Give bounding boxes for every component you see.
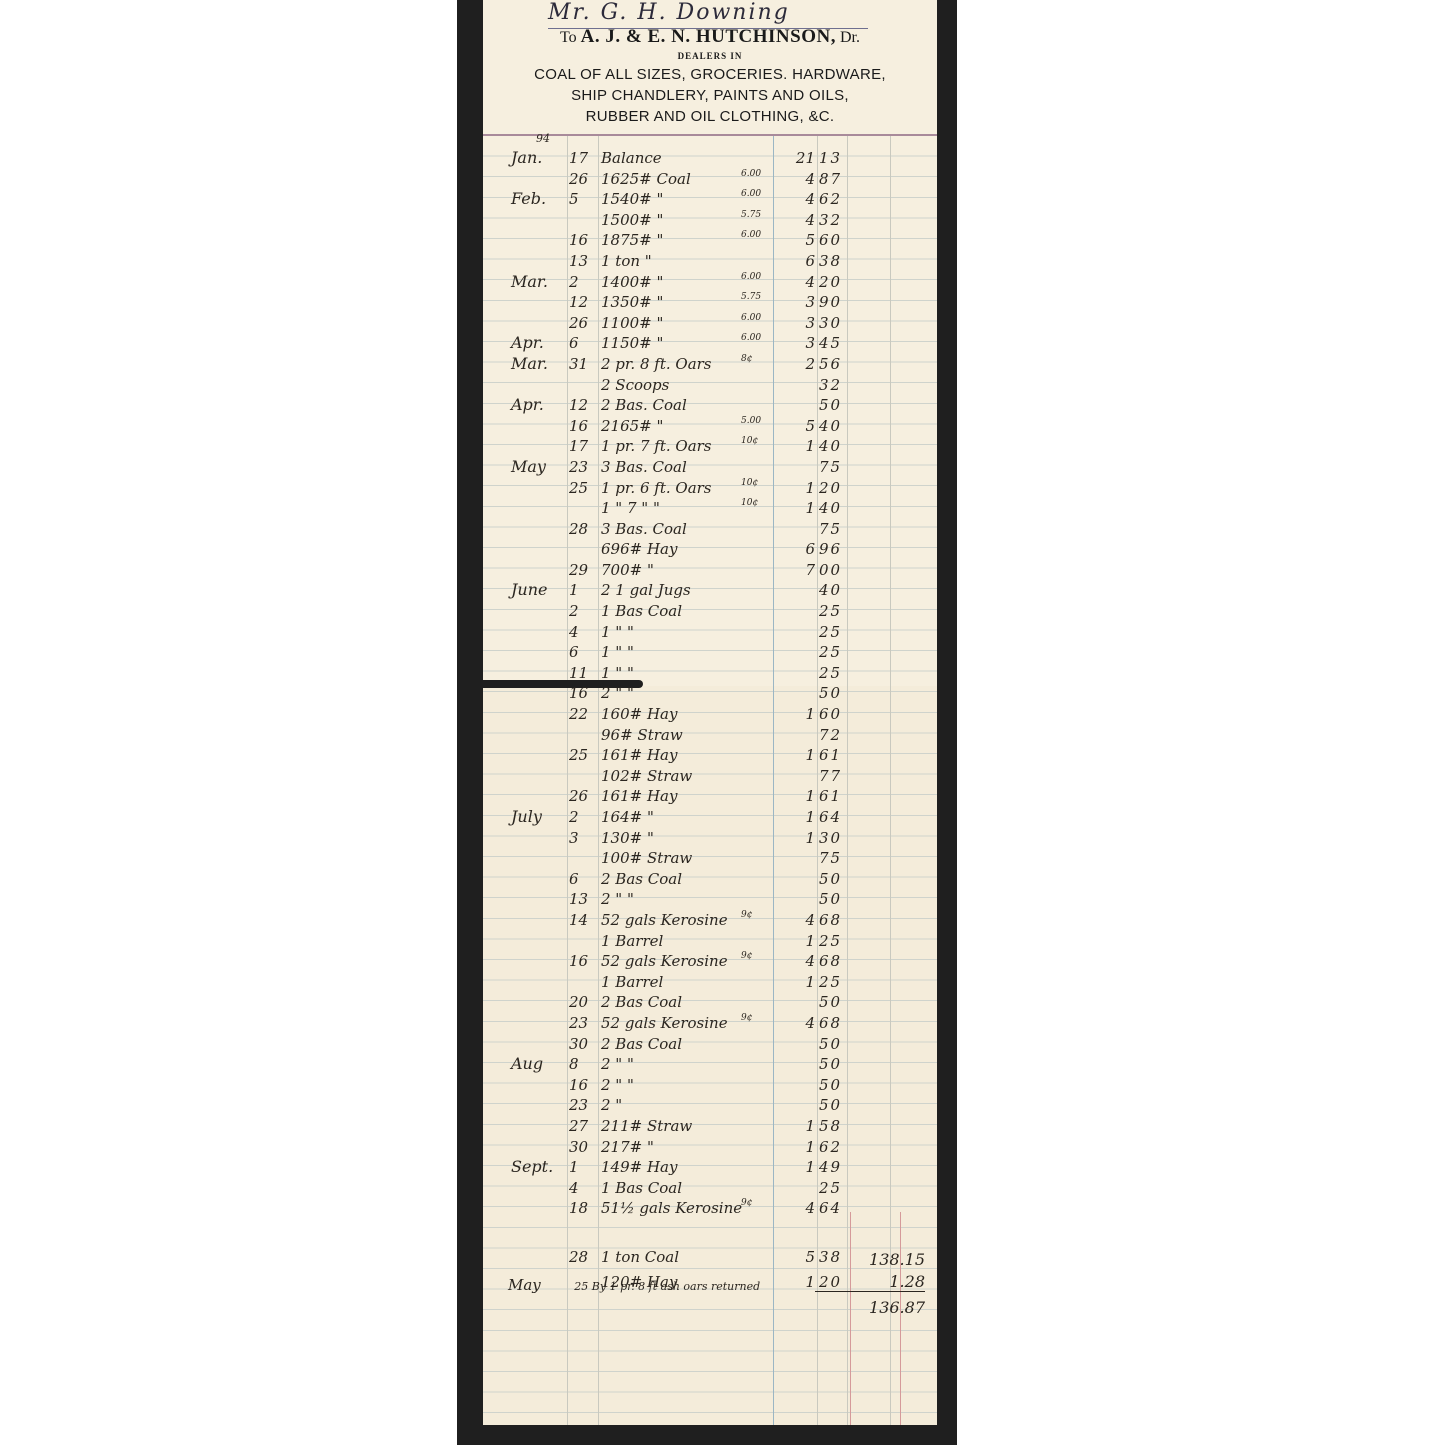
entry-day: 12 bbox=[569, 292, 599, 312]
entry-day: 2 bbox=[569, 272, 599, 292]
goods-line-2: SHIP CHANDLERY, PAINTS AND OILS, bbox=[483, 87, 937, 104]
ledger-row: May233 Bas. Coal75 bbox=[483, 457, 937, 478]
entry-dollars: 6 bbox=[773, 539, 815, 559]
entry-dollars: 4 bbox=[773, 951, 815, 971]
ledger-row: 102# Straw77 bbox=[483, 766, 937, 787]
entry-day: 4 bbox=[569, 1178, 599, 1198]
entry-day: 26 bbox=[569, 786, 599, 806]
entry-day: 3 bbox=[569, 828, 599, 848]
ledger-row: 232 "50 bbox=[483, 1095, 937, 1116]
entry-cents: 40 bbox=[819, 436, 845, 456]
entry-cents: 40 bbox=[819, 416, 845, 436]
entry-cents: 75 bbox=[819, 457, 845, 477]
entry-dollars: 4 bbox=[773, 1013, 815, 1033]
goods-line-1: COAL OF ALL SIZES, GROCERIES. HARDWARE, bbox=[483, 66, 937, 83]
entry-cents: 30 bbox=[819, 828, 845, 848]
entry-dollars: 5 bbox=[773, 1247, 815, 1267]
header-rule bbox=[483, 134, 937, 136]
ledger-row: 3130# "130 bbox=[483, 828, 937, 849]
entry-cents: 30 bbox=[819, 313, 845, 333]
entry-month: May bbox=[511, 457, 566, 477]
ledger-row: 161875# "6.00560 bbox=[483, 230, 937, 251]
entry-cents: 64 bbox=[819, 1198, 845, 1218]
entry-cents: 25 bbox=[819, 601, 845, 621]
balance-due: 136.87 bbox=[815, 1298, 925, 1317]
entry-day: 6 bbox=[569, 869, 599, 889]
entry-cents: 50 bbox=[819, 1054, 845, 1074]
ledger-row: Apr.122 Bas. Coal50 bbox=[483, 395, 937, 416]
ledger-row: Feb.51540# "6.00462 bbox=[483, 189, 937, 210]
ledger-row: 25161# Hay161 bbox=[483, 745, 937, 766]
ledger-row: 61 " "25 bbox=[483, 642, 937, 663]
entry-day: 26 bbox=[569, 313, 599, 333]
entry-cents: 50 bbox=[819, 683, 845, 703]
entry-month: Aug bbox=[511, 1054, 566, 1074]
entry-day: 30 bbox=[569, 1137, 599, 1157]
entry-cents: 20 bbox=[819, 478, 845, 498]
totals-block: 138.15 1.28 136.87 bbox=[815, 1250, 925, 1320]
entry-cents: 56 bbox=[819, 354, 845, 374]
entry-desc: 2 " " bbox=[601, 683, 851, 703]
entry-cents: 50 bbox=[819, 869, 845, 889]
ledger-row: 22160# Hay160 bbox=[483, 704, 937, 725]
ledger-row: 1 Barrel125 bbox=[483, 931, 937, 952]
entry-cents: 25 bbox=[819, 622, 845, 642]
ledger-row: 696# Hay696 bbox=[483, 539, 937, 560]
ledger-row: 171 pr. 7 ft. Oars10¢140 bbox=[483, 436, 937, 457]
entry-day: 16 bbox=[569, 230, 599, 250]
year-label: 94 bbox=[536, 132, 550, 145]
entry-day: 6 bbox=[569, 333, 599, 353]
entry-month: Jan. bbox=[511, 148, 566, 168]
entry-month: Sept. bbox=[511, 1157, 566, 1177]
entry-dollars: 1 bbox=[773, 498, 815, 518]
dealers-in-label: DEALERS IN bbox=[483, 51, 937, 61]
entry-day: 25 bbox=[569, 745, 599, 765]
credit-month: May bbox=[508, 1276, 541, 1294]
ledger-row: 29700# "700 bbox=[483, 560, 937, 581]
entry-dollars: 1 bbox=[773, 745, 815, 765]
ledger-row: 2352 gals Kerosine9¢468 bbox=[483, 1013, 937, 1034]
ledger-row: 283 Bas. Coal75 bbox=[483, 519, 937, 540]
entry-dollars: 1 bbox=[773, 1272, 815, 1292]
ledger-row: 162165# "5.00540 bbox=[483, 416, 937, 437]
entry-desc: 2 Bas Coal bbox=[601, 992, 851, 1012]
entry-desc: 1 Bas Coal bbox=[601, 1178, 851, 1198]
entry-cents: 68 bbox=[819, 951, 845, 971]
entry-dollars: 1 bbox=[773, 1157, 815, 1177]
entry-cents: 62 bbox=[819, 189, 845, 209]
entry-day: 1 bbox=[569, 1157, 599, 1177]
entry-day: 13 bbox=[569, 889, 599, 909]
entry-month: Apr. bbox=[511, 395, 566, 415]
ledger-row bbox=[483, 1223, 937, 1244]
entry-cents: 68 bbox=[819, 1013, 845, 1033]
entry-dollars: 4 bbox=[773, 910, 815, 930]
ledger-row: 261100# "6.00330 bbox=[483, 313, 937, 334]
entry-cents: 60 bbox=[819, 704, 845, 724]
ledger-row: 21 Bas Coal25 bbox=[483, 601, 937, 622]
entry-cents: 50 bbox=[819, 395, 845, 415]
entry-cents: 50 bbox=[819, 1075, 845, 1095]
entry-desc: 100# Straw bbox=[601, 848, 851, 868]
entry-desc: 1 " " bbox=[601, 622, 851, 642]
entry-day: 22 bbox=[569, 704, 599, 724]
entry-day: 14 bbox=[569, 910, 599, 930]
entry-cents: 96 bbox=[819, 539, 845, 559]
entry-desc: 2 " " bbox=[601, 1075, 851, 1095]
debtor-suffix: Dr. bbox=[840, 29, 860, 46]
entry-day: 23 bbox=[569, 1013, 599, 1033]
entry-day: 5 bbox=[569, 189, 599, 209]
entry-day: 25 bbox=[569, 478, 599, 498]
entry-cents: 32 bbox=[819, 210, 845, 230]
entry-month: Mar. bbox=[511, 272, 566, 292]
entry-cents: 49 bbox=[819, 1157, 845, 1177]
ledger-row: 1652 gals Kerosine9¢468 bbox=[483, 951, 937, 972]
entry-dollars: 5 bbox=[773, 230, 815, 250]
credit-text: 25 By 1 pr. 8 ft ash oars returned bbox=[574, 1280, 760, 1293]
entry-desc: 102# Straw bbox=[601, 766, 851, 786]
entry-desc: 3 Bas. Coal bbox=[601, 457, 851, 477]
entry-day: 11 bbox=[569, 663, 599, 683]
ledger-row: 2 Scoops32 bbox=[483, 375, 937, 396]
entry-dollars: 1 bbox=[773, 1137, 815, 1157]
entry-day: 4 bbox=[569, 622, 599, 642]
entry-month: Feb. bbox=[511, 189, 566, 209]
entry-cents: 68 bbox=[819, 910, 845, 930]
ledger-row: 27211# Straw158 bbox=[483, 1116, 937, 1137]
entry-cents: 25 bbox=[819, 931, 845, 951]
entry-day: 1 bbox=[569, 580, 599, 600]
entry-desc: 1 " " bbox=[601, 642, 851, 662]
ledger-row: 162 " "50 bbox=[483, 683, 937, 704]
ledger-row: 121350# "5.75390 bbox=[483, 292, 937, 313]
entry-desc: 1 Bas Coal bbox=[601, 601, 851, 621]
ledger-entries: Jan.17Balance2113261625# Coal6.00487Feb.… bbox=[483, 148, 937, 1293]
ledger-row: Mar.21400# "6.00420 bbox=[483, 272, 937, 293]
entry-dollars: 4 bbox=[773, 1198, 815, 1218]
entry-desc: 1 " " bbox=[601, 663, 851, 683]
entry-day: 17 bbox=[569, 436, 599, 456]
entry-day: 23 bbox=[569, 457, 599, 477]
entry-desc: 96# Straw bbox=[601, 725, 851, 745]
subtotal: 138.15 bbox=[815, 1250, 925, 1269]
entry-dollars: 1 bbox=[773, 807, 815, 827]
entry-month: June bbox=[511, 580, 566, 600]
ledger-row: 261625# Coal6.00487 bbox=[483, 169, 937, 190]
entry-dollars: 1 bbox=[773, 828, 815, 848]
ledger-row: 162 " "50 bbox=[483, 1075, 937, 1096]
ledger-row: 251 pr. 6 ft. Oars10¢120 bbox=[483, 478, 937, 499]
entry-cents: 75 bbox=[819, 848, 845, 868]
ledger-row: 1 " 7 " "10¢140 bbox=[483, 498, 937, 519]
entry-cents: 60 bbox=[819, 230, 845, 250]
goods-line-3: RUBBER AND OIL CLOTHING, &C. bbox=[483, 108, 937, 125]
entry-cents: 61 bbox=[819, 786, 845, 806]
entry-cents: 25 bbox=[819, 972, 845, 992]
entry-dollars: 1 bbox=[773, 704, 815, 724]
entry-cents: 32 bbox=[819, 375, 845, 395]
entry-cents: 61 bbox=[819, 745, 845, 765]
entry-desc: 2 " " bbox=[601, 1054, 851, 1074]
entry-cents: 50 bbox=[819, 1095, 845, 1115]
ledger-row: 41 Bas Coal25 bbox=[483, 1178, 937, 1199]
entry-day: 18 bbox=[569, 1198, 599, 1218]
entry-day: 20 bbox=[569, 992, 599, 1012]
entry-cents: 40 bbox=[819, 498, 845, 518]
entry-desc: 2 Bas Coal bbox=[601, 869, 851, 889]
ledger-row: Aug82 " "50 bbox=[483, 1054, 937, 1075]
entry-cents: 58 bbox=[819, 1116, 845, 1136]
entry-day: 13 bbox=[569, 251, 599, 271]
entry-cents: 25 bbox=[819, 663, 845, 683]
entry-cents: 45 bbox=[819, 333, 845, 353]
entry-cents: 64 bbox=[819, 807, 845, 827]
ledger-row: 131 ton "638 bbox=[483, 251, 937, 272]
entry-day: 16 bbox=[569, 951, 599, 971]
entry-day: 2 bbox=[569, 601, 599, 621]
ledger-row: 41 " "25 bbox=[483, 622, 937, 643]
entry-cents: 87 bbox=[819, 169, 845, 189]
ledger-row: 1851½ gals Kerosine9¢464 bbox=[483, 1198, 937, 1219]
entry-desc: 2 Bas. Coal bbox=[601, 395, 851, 415]
entry-dollars: 1 bbox=[773, 1116, 815, 1136]
entry-cents: 00 bbox=[819, 560, 845, 580]
entry-day: 6 bbox=[569, 642, 599, 662]
entry-day: 16 bbox=[569, 1075, 599, 1095]
entry-cents: 77 bbox=[819, 766, 845, 786]
entry-day: 28 bbox=[569, 519, 599, 539]
entry-cents: 50 bbox=[819, 1034, 845, 1054]
letterhead: To A. J. & E. N. HUTCHINSON, Dr. DEALERS… bbox=[483, 0, 937, 132]
entry-day: 28 bbox=[569, 1247, 599, 1267]
entry-dollars: 1 bbox=[773, 972, 815, 992]
ledger-row: Jan.17Balance2113 bbox=[483, 148, 937, 169]
entry-desc: 2 " " bbox=[601, 889, 851, 909]
credit-line: May 25 By 1 pr. 8 ft ash oars returned bbox=[508, 1276, 760, 1294]
billed-to-line: To A. J. & E. N. HUTCHINSON, Dr. bbox=[483, 26, 937, 48]
entry-dollars: 1 bbox=[773, 786, 815, 806]
entry-month: Mar. bbox=[511, 354, 566, 374]
entry-desc: 2 Bas Coal bbox=[601, 1034, 851, 1054]
ledger-row: Sept.1149# Hay149 bbox=[483, 1157, 937, 1178]
ledger-row: 132 " "50 bbox=[483, 889, 937, 910]
ledger-row: 202 Bas Coal50 bbox=[483, 992, 937, 1013]
entry-day: 16 bbox=[569, 416, 599, 436]
entry-cents: 25 bbox=[819, 642, 845, 662]
ledger-row: 1 Barrel125 bbox=[483, 972, 937, 993]
entry-cents: 40 bbox=[819, 580, 845, 600]
entry-day: 27 bbox=[569, 1116, 599, 1136]
entry-day: 8 bbox=[569, 1054, 599, 1074]
entry-desc: 3 Bas. Coal bbox=[601, 519, 851, 539]
ledger-row: 100# Straw75 bbox=[483, 848, 937, 869]
entry-day: 23 bbox=[569, 1095, 599, 1115]
to-prefix: To bbox=[560, 29, 577, 46]
entry-month: July bbox=[511, 807, 566, 827]
entry-cents: 72 bbox=[819, 725, 845, 745]
ledger-row: 1500# "5.75432 bbox=[483, 210, 937, 231]
ledger-row: July2164# "164 bbox=[483, 807, 937, 828]
entry-day: 31 bbox=[569, 354, 599, 374]
entry-cents: 62 bbox=[819, 1137, 845, 1157]
entry-cents: 13 bbox=[819, 148, 845, 168]
ledger-row: 1452 gals Kerosine9¢468 bbox=[483, 910, 937, 931]
entry-desc: 2 " bbox=[601, 1095, 851, 1115]
entry-day: 17 bbox=[569, 148, 599, 168]
entry-day: 29 bbox=[569, 560, 599, 580]
entry-desc: 2 1 gal Jugs bbox=[601, 580, 851, 600]
entry-cents: 25 bbox=[819, 1178, 845, 1198]
ledger-row: 302 Bas Coal50 bbox=[483, 1034, 937, 1055]
entry-cents: 75 bbox=[819, 519, 845, 539]
ledger-row: Apr.61150# "6.00345 bbox=[483, 333, 937, 354]
entry-day: 12 bbox=[569, 395, 599, 415]
entry-cents: 90 bbox=[819, 292, 845, 312]
ledger-row: 26161# Hay161 bbox=[483, 786, 937, 807]
ledger-row: 62 Bas Coal50 bbox=[483, 869, 937, 890]
firm-name: A. J. & E. N. HUTCHINSON, bbox=[581, 26, 836, 47]
credit-amount: 1.28 bbox=[815, 1272, 925, 1292]
ledger-row: 111 " "25 bbox=[483, 663, 937, 684]
entry-dollars: 7 bbox=[773, 560, 815, 580]
entry-dollars: 2 bbox=[773, 354, 815, 374]
entry-cents: 38 bbox=[819, 251, 845, 271]
entry-day: 26 bbox=[569, 169, 599, 189]
entry-cents: 50 bbox=[819, 889, 845, 909]
entry-desc: 2 Scoops bbox=[601, 375, 851, 395]
entry-day: 16 bbox=[569, 683, 599, 703]
ledger-row: 30217# "162 bbox=[483, 1137, 937, 1158]
entry-month: Apr. bbox=[511, 333, 566, 353]
entry-day: 30 bbox=[569, 1034, 599, 1054]
entry-dollars: 1 bbox=[773, 436, 815, 456]
entry-cents: 20 bbox=[819, 272, 845, 292]
ledger-row: 96# Straw72 bbox=[483, 725, 937, 746]
ledger-row: Mar.312 pr. 8 ft. Oars8¢256 bbox=[483, 354, 937, 375]
ledger-row: June12 1 gal Jugs40 bbox=[483, 580, 937, 601]
entry-cents: 50 bbox=[819, 992, 845, 1012]
entry-day: 2 bbox=[569, 807, 599, 827]
